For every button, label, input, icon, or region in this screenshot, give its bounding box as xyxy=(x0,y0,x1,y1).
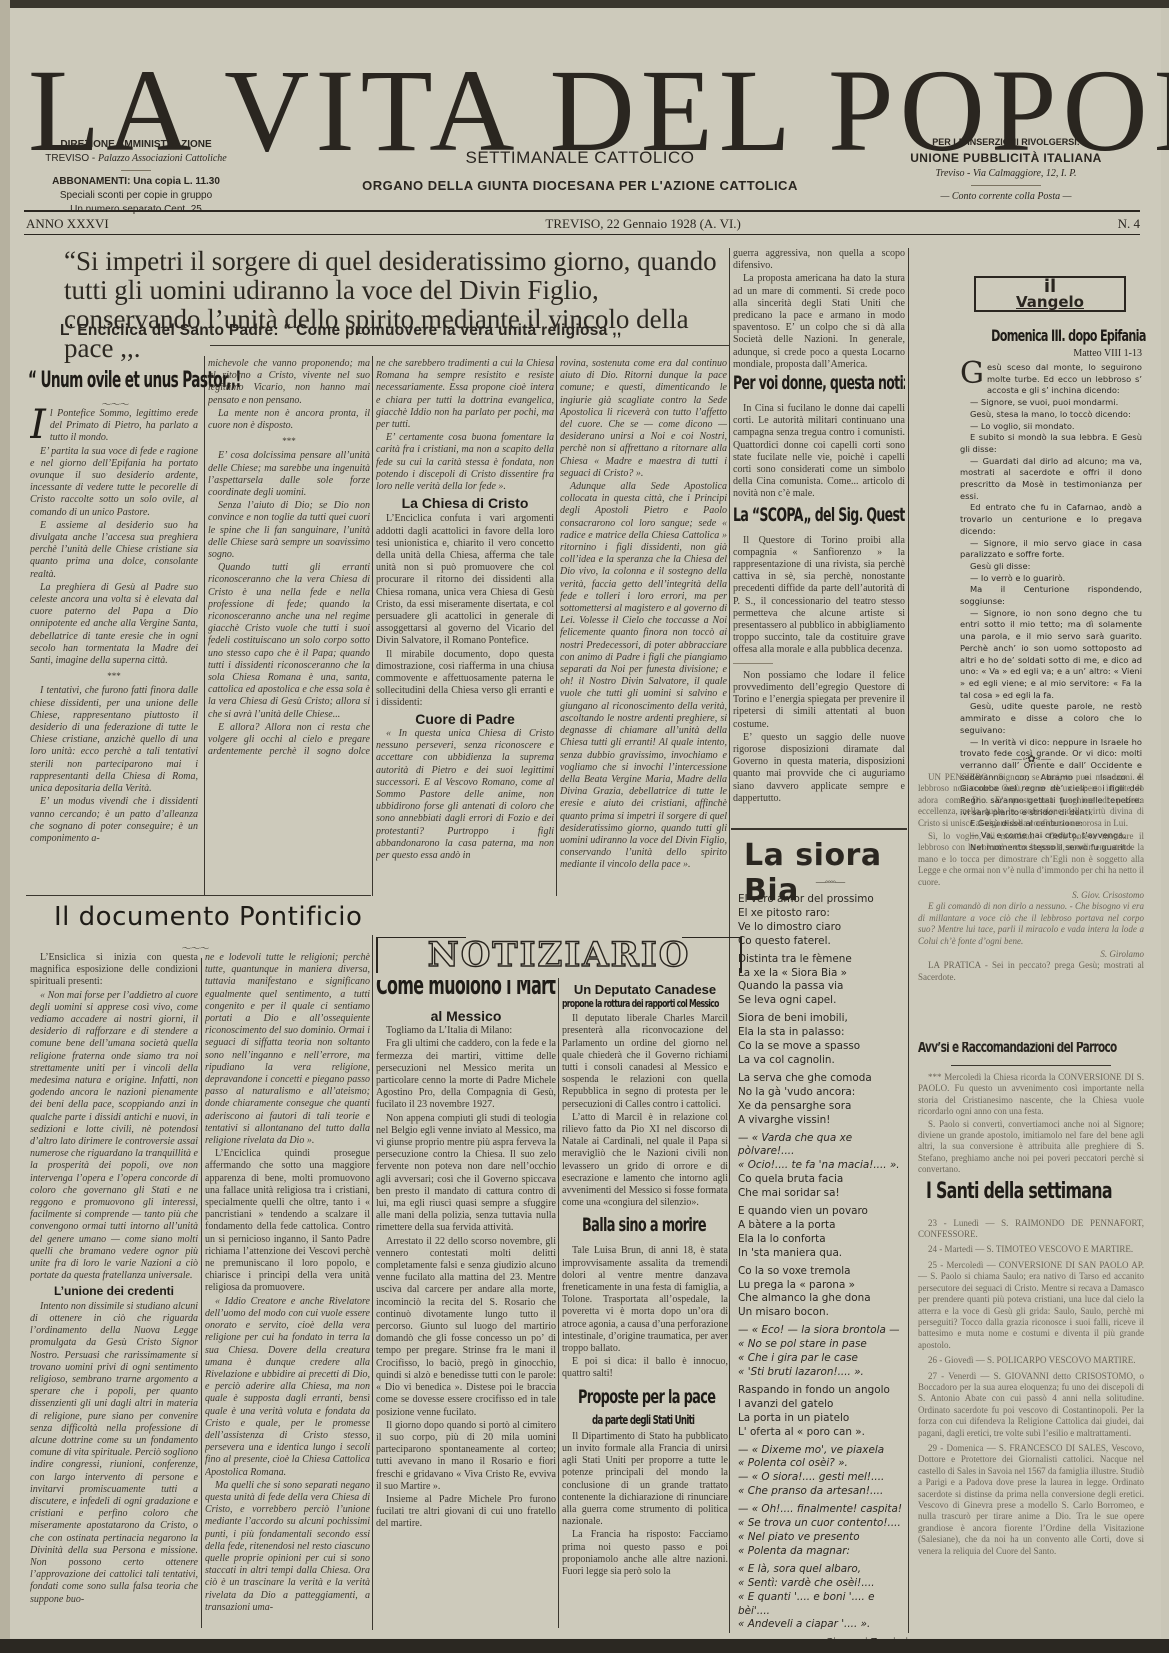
poem-line: Che mai soridar sa! xyxy=(738,1187,908,1201)
martiri-article: Come muoiono i Martiri al Messico Toglia… xyxy=(376,980,556,1630)
poem-line: El xe pitosto raro: xyxy=(738,907,908,921)
ornament: —◦◦◦◦— xyxy=(780,877,880,888)
paragraph: L’Enciclica confuta i vari argomenti add… xyxy=(376,513,554,647)
column-rule xyxy=(372,356,373,896)
banner-ornament-left xyxy=(376,937,466,973)
poem-line: — « Oh!.... finalmente! caspita! xyxy=(738,1503,908,1517)
paragraph: michevole che vanno proponendo; ma al ri… xyxy=(208,358,370,407)
poem-line: Siora de beni imobili, xyxy=(738,1012,908,1026)
subhead-cuore: Cuore di Padre xyxy=(376,713,554,725)
paragraph: rovina, sostenuta come era dal continuo … xyxy=(560,358,727,480)
paragraph: In Cina si fucilano le donne dai capelli… xyxy=(733,403,905,501)
poem-line: Quando la passa via xyxy=(738,980,908,994)
poem-line: Lu prega la « parona » xyxy=(738,1279,908,1293)
poem-stanza: — « Varda che qua xe pòlvare!....« Ocio!… xyxy=(738,1132,908,1202)
notiziario-banner: NOTIZIARIO xyxy=(372,935,746,975)
rule xyxy=(733,663,773,664)
vangelo-title-block: Domenica III. dopo Epifania xyxy=(958,326,1144,346)
ads-address: Treviso - Via Calmaggiore, 12, I. P. xyxy=(875,166,1137,182)
poem-line: A bàtere a la porta xyxy=(738,1219,908,1233)
attribution: S. Giov. Crisostomo xyxy=(918,890,1144,902)
rule xyxy=(26,895,371,896)
direction-label: DIREZIONE AMMINISTRAZIONE xyxy=(26,138,246,152)
pensiero-section: — ◦·✿·◦ — UN PENSIERO - Signore, se vuoi… xyxy=(912,754,1144,1036)
poem-stanza: E quando vien un povaroA bàtere a la por… xyxy=(738,1205,908,1261)
scopa-headline: La “SCOPA„ del Sig. Questore xyxy=(733,509,847,533)
saint-entry: 24 - Martedì — S. TIMOTEO VESCOVO E MART… xyxy=(918,1244,1144,1255)
paragraph: LA PRATICA - Sei in peccato? prega Gesù;… xyxy=(918,960,1144,983)
poem-line: « E quanti '.... e boni '.... e bèi'.... xyxy=(738,1591,908,1619)
divider xyxy=(971,185,1041,186)
group-discount: Speciali sconti per copie in gruppo xyxy=(26,189,246,203)
poem-line: — « Varda che qua xe pòlvare!.... xyxy=(738,1132,908,1160)
paragraph: La Francia ha risposto: Facciamo prima n… xyxy=(562,1529,728,1578)
paragraph: E’ un modus vivendi che i dissidenti van… xyxy=(30,796,198,845)
paragraph: Non appena compiuti gli studi di teologi… xyxy=(376,1113,556,1235)
paragraph: — Io verrò e lo guarirò. xyxy=(960,573,1142,585)
paragraph: Gesù, udite queste parole, ne restò ammi… xyxy=(960,701,1142,736)
ads-label: PER LE INSERZIONI RIVOLGERSI: xyxy=(875,134,1137,150)
paragraph: — Signore, il mio servo giace in casa pa… xyxy=(960,538,1142,561)
paragraph: esù sceso dal monte, lo seguirono molte … xyxy=(987,362,1142,395)
unum-col-1: Il Pontefice Sommo, legittimo erede del … xyxy=(30,408,198,888)
paragraph: S. Paolo si convertì, convertiamoci anch… xyxy=(918,1119,1144,1176)
column-rule xyxy=(908,248,909,1633)
poem-stanza: El vero amor del prossimoEl xe pitosto r… xyxy=(738,893,908,949)
column-rule xyxy=(201,958,202,1628)
paragraph: E subito si mondò la sua lebbra. E Gesù … xyxy=(960,432,1142,455)
paragraph: E’ cosa dolcissima pensare all’unità del… xyxy=(208,450,370,499)
paragraph: Gesù gli disse: xyxy=(960,561,1142,573)
scan-top-edge xyxy=(0,0,1169,8)
pontificio-col-1: L’Ensiclica si inizia con questa magnifi… xyxy=(30,952,198,1627)
saint-entry: 23 - Lunedì — S. RAIMONDO DE PENNAFORT, … xyxy=(918,1218,1144,1241)
poem-stanza: — « Eco! — la siora brontola —« No se po… xyxy=(738,1324,908,1380)
balla-headline: Balla sino a morire xyxy=(582,1219,681,1241)
poem-stanza: Siora de beni imobili,Ela la sta in pala… xyxy=(738,1012,908,1068)
paragraph: — Lo voglio, sii mondato. xyxy=(960,421,1142,433)
poem-line: « Andeveli a ciapar '.... ». xyxy=(738,1618,908,1632)
masthead-right-info: PER LE INSERZIONI RIVOLGERSI: UNIONE PUB… xyxy=(875,134,1137,205)
logo-vangelo: Vangelo xyxy=(1016,295,1084,310)
paragraph: L’Ensiclica si inizia con questa magnifi… xyxy=(30,952,198,989)
paragraph: — Signore, io non sono degno che tu entr… xyxy=(960,608,1142,702)
notiziario-word: NOTIZIARIO xyxy=(428,935,691,975)
issue-date: TREVISO, 22 Gennaio 1928 (A. VI.) xyxy=(545,216,740,232)
paragraph: « Iddio Creatore e anche Rivelatore dell… xyxy=(205,1296,370,1479)
column-rule xyxy=(372,935,373,1630)
poem-stanza: La serva che ghe comodaNo la gà 'vudo an… xyxy=(738,1072,908,1128)
scan-binding-edge xyxy=(0,0,10,1653)
poem-line: Co la se move a spasso xyxy=(738,1040,908,1054)
martiri-headline: Come muoiono i Martiri xyxy=(376,980,486,1008)
vangelo-logo: il Vangelo xyxy=(974,276,1126,312)
paragraph: — Guardati dal dirlo ad alcuno; ma va, m… xyxy=(960,456,1142,503)
paragraph: Il giorno dopo quando si portò al cimite… xyxy=(376,1420,556,1493)
banner-ornament-right xyxy=(682,937,742,973)
poem-line: A vivarghe vissin! xyxy=(738,1114,908,1128)
proposte-headline: Proposte per la pace xyxy=(578,1391,680,1413)
rule xyxy=(210,345,730,346)
poem-line: — « Eco! — la siora brontola — xyxy=(738,1324,908,1338)
issue-number: N. 4 xyxy=(1118,216,1140,232)
divider xyxy=(121,170,151,171)
poem-stanza: « E là, sora quel albaro,« Sentì: vardè … xyxy=(738,1563,908,1633)
poem-line: « Polenta da magnar: xyxy=(738,1545,908,1559)
weekly-label: SETTIMANALE CATTOLICO xyxy=(300,148,860,168)
paragraph: Il deputato liberale Charles Marcil pres… xyxy=(562,1013,728,1111)
paragraph: Ma il Centurione rispondendo, soggiunse: xyxy=(960,584,1142,607)
avvisi-santi-section: Avv’si e Raccomandazioni del Parroco ***… xyxy=(912,1042,1144,1632)
paragraph: ne e lodevoli tutte le religioni; perchè… xyxy=(205,952,370,1147)
volume-year: ANNO XXXVI xyxy=(26,216,109,232)
poem-line: Ve lo dimostro ciaro xyxy=(738,921,908,935)
encyclical-col-4: rovina, sostenuta come era dal continuo … xyxy=(560,358,727,928)
scan-bottom-edge xyxy=(0,1639,1169,1653)
poem-line: « Ocio!.... te fa 'na macia!.... ». xyxy=(738,1159,908,1173)
poem-line: E quando vien un povaro xyxy=(738,1205,908,1219)
paragraph: E assieme al desiderio suo ha divulgata … xyxy=(30,520,198,581)
martiri-subheadline: al Messico xyxy=(376,1010,556,1022)
poem-line: Co la so voxe tremola xyxy=(738,1265,908,1279)
poem-line: Co questo faterel. xyxy=(738,935,908,949)
palace: Palazzo Associazioni Cattoliche xyxy=(98,153,227,164)
poem-line: Ela la lo conforta xyxy=(738,1233,908,1247)
vangelo-title: Domenica III. dopo Epifania xyxy=(991,326,1146,345)
paragraph: La preghiera di Gesù al Padre suo celest… xyxy=(30,582,198,667)
poem-line: Raspando in fondo un angolo xyxy=(738,1384,908,1398)
poem-stanza: Raspando in fondo un angoloI avanzi del … xyxy=(738,1384,908,1440)
paragraph: Togliamo da L’Italia di Milano: xyxy=(376,1025,556,1037)
dropcap-letter: I xyxy=(30,408,46,442)
gospel-reference: Matteo VIII 1-13 xyxy=(960,348,1142,359)
dateline: ANNO XXXVI TREVISO, 22 Gennaio 1928 (A. … xyxy=(26,216,1140,232)
paragraph: E poi si dica: il ballo è innocuo, quatt… xyxy=(562,1356,728,1380)
poem-line: « Se trova un cuor contento!.... xyxy=(738,1517,908,1531)
paragraph: E’ certamente cosa buona fomentare la ca… xyxy=(376,432,554,493)
paragraph: E’ questo un saggio delle nuove rigorose… xyxy=(733,732,905,805)
banner-subtitle: L’ Enciclica del Santo Padre: “ Come pro… xyxy=(60,322,720,340)
paragraph: Intento non dissimile si studiano alcuni… xyxy=(30,1301,198,1606)
separator: *** xyxy=(208,435,370,447)
poem-stanza: — « Oh!.... finalmente! caspita!« Se tro… xyxy=(738,1503,908,1559)
encyclical-col-3: ne che sarebbero tradimenti a cui la Chi… xyxy=(376,358,554,918)
poem-line: Distinta tra le fèmene xyxy=(738,953,908,967)
poem-stanza: Co la so voxe tremolaLu prega la « paron… xyxy=(738,1265,908,1321)
rule xyxy=(731,828,907,830)
paragraph: Non possiamo che lodare il felice provve… xyxy=(733,670,905,731)
column-rule xyxy=(556,356,557,896)
paragraph: La mente non è ancora pronta, il cuore n… xyxy=(208,408,370,432)
poem-line: El vero amor del prossimo xyxy=(738,893,908,907)
notiziario-col-right: Un Deputato Canadese propone la rottura … xyxy=(562,984,728,1629)
unum-col-2: michevole che vanno proponendo; ma al ri… xyxy=(208,358,370,758)
poem-line: L' oferta al « poro can ». xyxy=(738,1426,908,1440)
paragraph: E’ partita la sua voce di fede e ragione… xyxy=(30,446,198,519)
paragraph: E allora? Allora non ci resta che volger… xyxy=(208,722,370,758)
paragraph: Sì, lo voglio, sii mondato. - Gesù potev… xyxy=(918,831,1144,889)
paragraph: Fra gli ultimi che caddero, con la fede … xyxy=(376,1038,556,1111)
saint-entry: 27 - Venerdì — S. GIOVANNI detto CRISOST… xyxy=(918,1371,1144,1439)
attribution: S. Girolamo xyxy=(918,949,1144,961)
column-rule xyxy=(558,978,559,1628)
poem-line: Xe da pensarghe sora xyxy=(738,1100,908,1114)
rule xyxy=(24,234,1140,235)
paragraph: Il Dipartimento di Stato ha pubblicato u… xyxy=(562,1431,728,1529)
poem-line: In 'sta maniera qua. xyxy=(738,1247,908,1261)
paragraph: — Signore, se vuoi, puoi mondarmi. xyxy=(960,397,1142,409)
poem-line: Ela la sta in palasso: xyxy=(738,1026,908,1040)
paragraph: I tentativi, che furono fatti finora dal… xyxy=(30,685,198,795)
poem-line: « Che i gira par le case xyxy=(738,1352,908,1366)
paragraph: « In questa unica Chiesa di Cristo nessu… xyxy=(376,728,554,862)
column-rule xyxy=(204,356,205,896)
city: TREVISO - xyxy=(45,153,98,164)
poem-line: Che almanco la ghe dona xyxy=(738,1292,908,1306)
organ-label: ORGANO DELLA GIUNTA DIOCESANA PER L'AZIO… xyxy=(300,178,860,193)
subhead-credenti: L’unione dei credenti xyxy=(30,1285,198,1297)
paragraph: Il Questore di Torino proibì alla compag… xyxy=(733,535,905,657)
poem-line: « Polenta col osèi? ». xyxy=(738,1457,908,1471)
subhead-chiesa: La Chiesa di Cristo xyxy=(376,497,554,509)
poem-line: « No se pol stare in pase xyxy=(738,1338,908,1352)
poem-line: — « O siora!.... gesti mel!.... xyxy=(738,1471,908,1485)
deputato-subheadline: propone la rottura dei rapporti col Mess… xyxy=(562,998,678,1011)
paragraph: guerra aggressiva, non quella a scopo di… xyxy=(733,248,905,272)
subscription-price: ABBONAMENTI: Una copia L. 11.30 xyxy=(26,175,246,189)
poem-line: « E là, sora quel albaro, xyxy=(738,1563,908,1577)
paragraph: Arrestato il 22 dello scorso novembre, g… xyxy=(376,1236,556,1419)
santi-list: 23 - Lunedì — S. RAIMONDO DE PENNAFORT, … xyxy=(918,1218,1144,1557)
deputato-headline: Un Deputato Canadese xyxy=(562,984,728,996)
paragraph: Il mirabile documento, dopo questa dimos… xyxy=(376,649,554,710)
paragraph: Tale Luisa Brun, di anni 18, è stata imp… xyxy=(562,1245,728,1355)
poem-stanza: Distinta tra le fèmeneLa xe la « Siora B… xyxy=(738,953,908,1009)
paragraph: Quando tutti gli erranti riconosceranno … xyxy=(208,562,370,721)
paragraph: Gesù, stesa la mano, lo toccò dicendo: xyxy=(960,409,1142,421)
ads-agency: UNIONE PUBBLICITÀ ITALIANA xyxy=(875,150,1137,166)
poem-line: I avanzi del gatelo xyxy=(738,1398,908,1412)
poem-stanza: — « Dixeme mo', ve piaxela« Polenta col … xyxy=(738,1444,908,1500)
paragraph: Senza l’aiuto di Dio; se Dio non convinc… xyxy=(208,500,370,561)
paragraph: l Pontefice Sommo, legittimo erede del P… xyxy=(50,408,198,443)
paragraph: L’Enciclica quindi prosegue affermando c… xyxy=(205,1148,370,1294)
masthead-left-info: DIREZIONE AMMINISTRAZIONE TREVISO - Pala… xyxy=(26,138,246,217)
poem-line: La serva che ghe comoda xyxy=(738,1072,908,1086)
poem-line: — « Dixeme mo', ve piaxela xyxy=(738,1444,908,1458)
rule xyxy=(24,210,1140,212)
poem-line: « 'Sti bruti lazaron!.... ». xyxy=(738,1366,908,1380)
poem-line: La xe la « Siora Bia » xyxy=(738,967,908,981)
paragraph: UN PENSIERO - Signore, se vuoi, tu puoi … xyxy=(918,772,1144,830)
poem-line: No la gà 'vudo ancora: xyxy=(738,1086,908,1100)
masthead-center: SETTIMANALE CATTOLICO ORGANO DELLA GIUNT… xyxy=(300,148,860,193)
postal-account: — Conto corrente colla Posta — xyxy=(875,189,1137,205)
poem-line: Se leva ogni capel. xyxy=(738,994,908,1008)
santi-headline: I Santi della settimana xyxy=(926,1186,1083,1214)
saint-entry: 26 - Giovedì — S. POLICARPO VESCOVO MART… xyxy=(918,1355,1144,1366)
direction-address: TREVISO - Palazzo Associazioni Cattolich… xyxy=(26,152,246,166)
pontificio-col-2: ne e lodevoli tutte le religioni; perchè… xyxy=(205,952,370,1627)
poem-line: « Nel piato ve presento xyxy=(738,1531,908,1545)
dropcap-letter: G xyxy=(960,362,984,386)
poem-line: « Sentì: vardè che osèi!.... xyxy=(738,1577,908,1591)
middle-right-column: guerra aggressiva, non quella a scopo di… xyxy=(733,248,905,838)
saint-entry: 25 - Mercoledì — CONVERSIONE DI SAN PAOL… xyxy=(918,1260,1144,1351)
separator: *** xyxy=(30,670,198,682)
rule xyxy=(951,1065,1111,1066)
paragraph: Ed entrato che fu in Cafarnao, andò a tr… xyxy=(960,502,1142,537)
pontificio-headline: Il documento Pontificio xyxy=(54,902,362,932)
poem-line: Un misaro bocon. xyxy=(738,1306,908,1320)
donne-headline: Per voi donne, questa notizia xyxy=(733,377,847,401)
poem-line: Co quela bruta facia xyxy=(738,1173,908,1187)
paragraph: « Non mai forse per l’addietro al cuore … xyxy=(30,990,198,1283)
paragraph: Ma quelli che si sono separati negano qu… xyxy=(205,1480,370,1614)
poem-line: La porta in un piatelo xyxy=(738,1412,908,1426)
poem-line: « Che pranso da artesan!.... xyxy=(738,1485,908,1499)
paragraph: L’atto di Marcil è in relazione col rili… xyxy=(562,1112,728,1210)
poem-line: La va col cagnolin. xyxy=(738,1054,908,1068)
paragraph: La proposta americana ha dato la stura a… xyxy=(733,273,905,371)
siora-bia-poem: El vero amor del prossimoEl xe pitosto r… xyxy=(738,893,908,1650)
ornament: — ◦·✿·◦ — xyxy=(918,754,1144,766)
paragraph: Adunque alla Sede Apostolica collocata i… xyxy=(560,481,727,872)
proposte-subheadline: da parte degli Stati Uniti xyxy=(592,1414,690,1428)
paragraph: *** Mercoledì la Chiesa ricorda la CONVE… xyxy=(918,1072,1144,1118)
paragraph: Insieme al Padre Michele Pro furono fuci… xyxy=(376,1494,556,1531)
paragraph: ne che sarebbero tradimenti a cui la Chi… xyxy=(376,358,554,431)
avvisi-headline: Avv’si e Raccomandazioni del Parroco xyxy=(918,1042,1076,1062)
saint-entry: 29 - Domenica — S. FRANCESCO DI SALES, V… xyxy=(918,1443,1144,1557)
paragraph: E gli comandò di non dirlo a nessuno. - … xyxy=(918,901,1144,947)
